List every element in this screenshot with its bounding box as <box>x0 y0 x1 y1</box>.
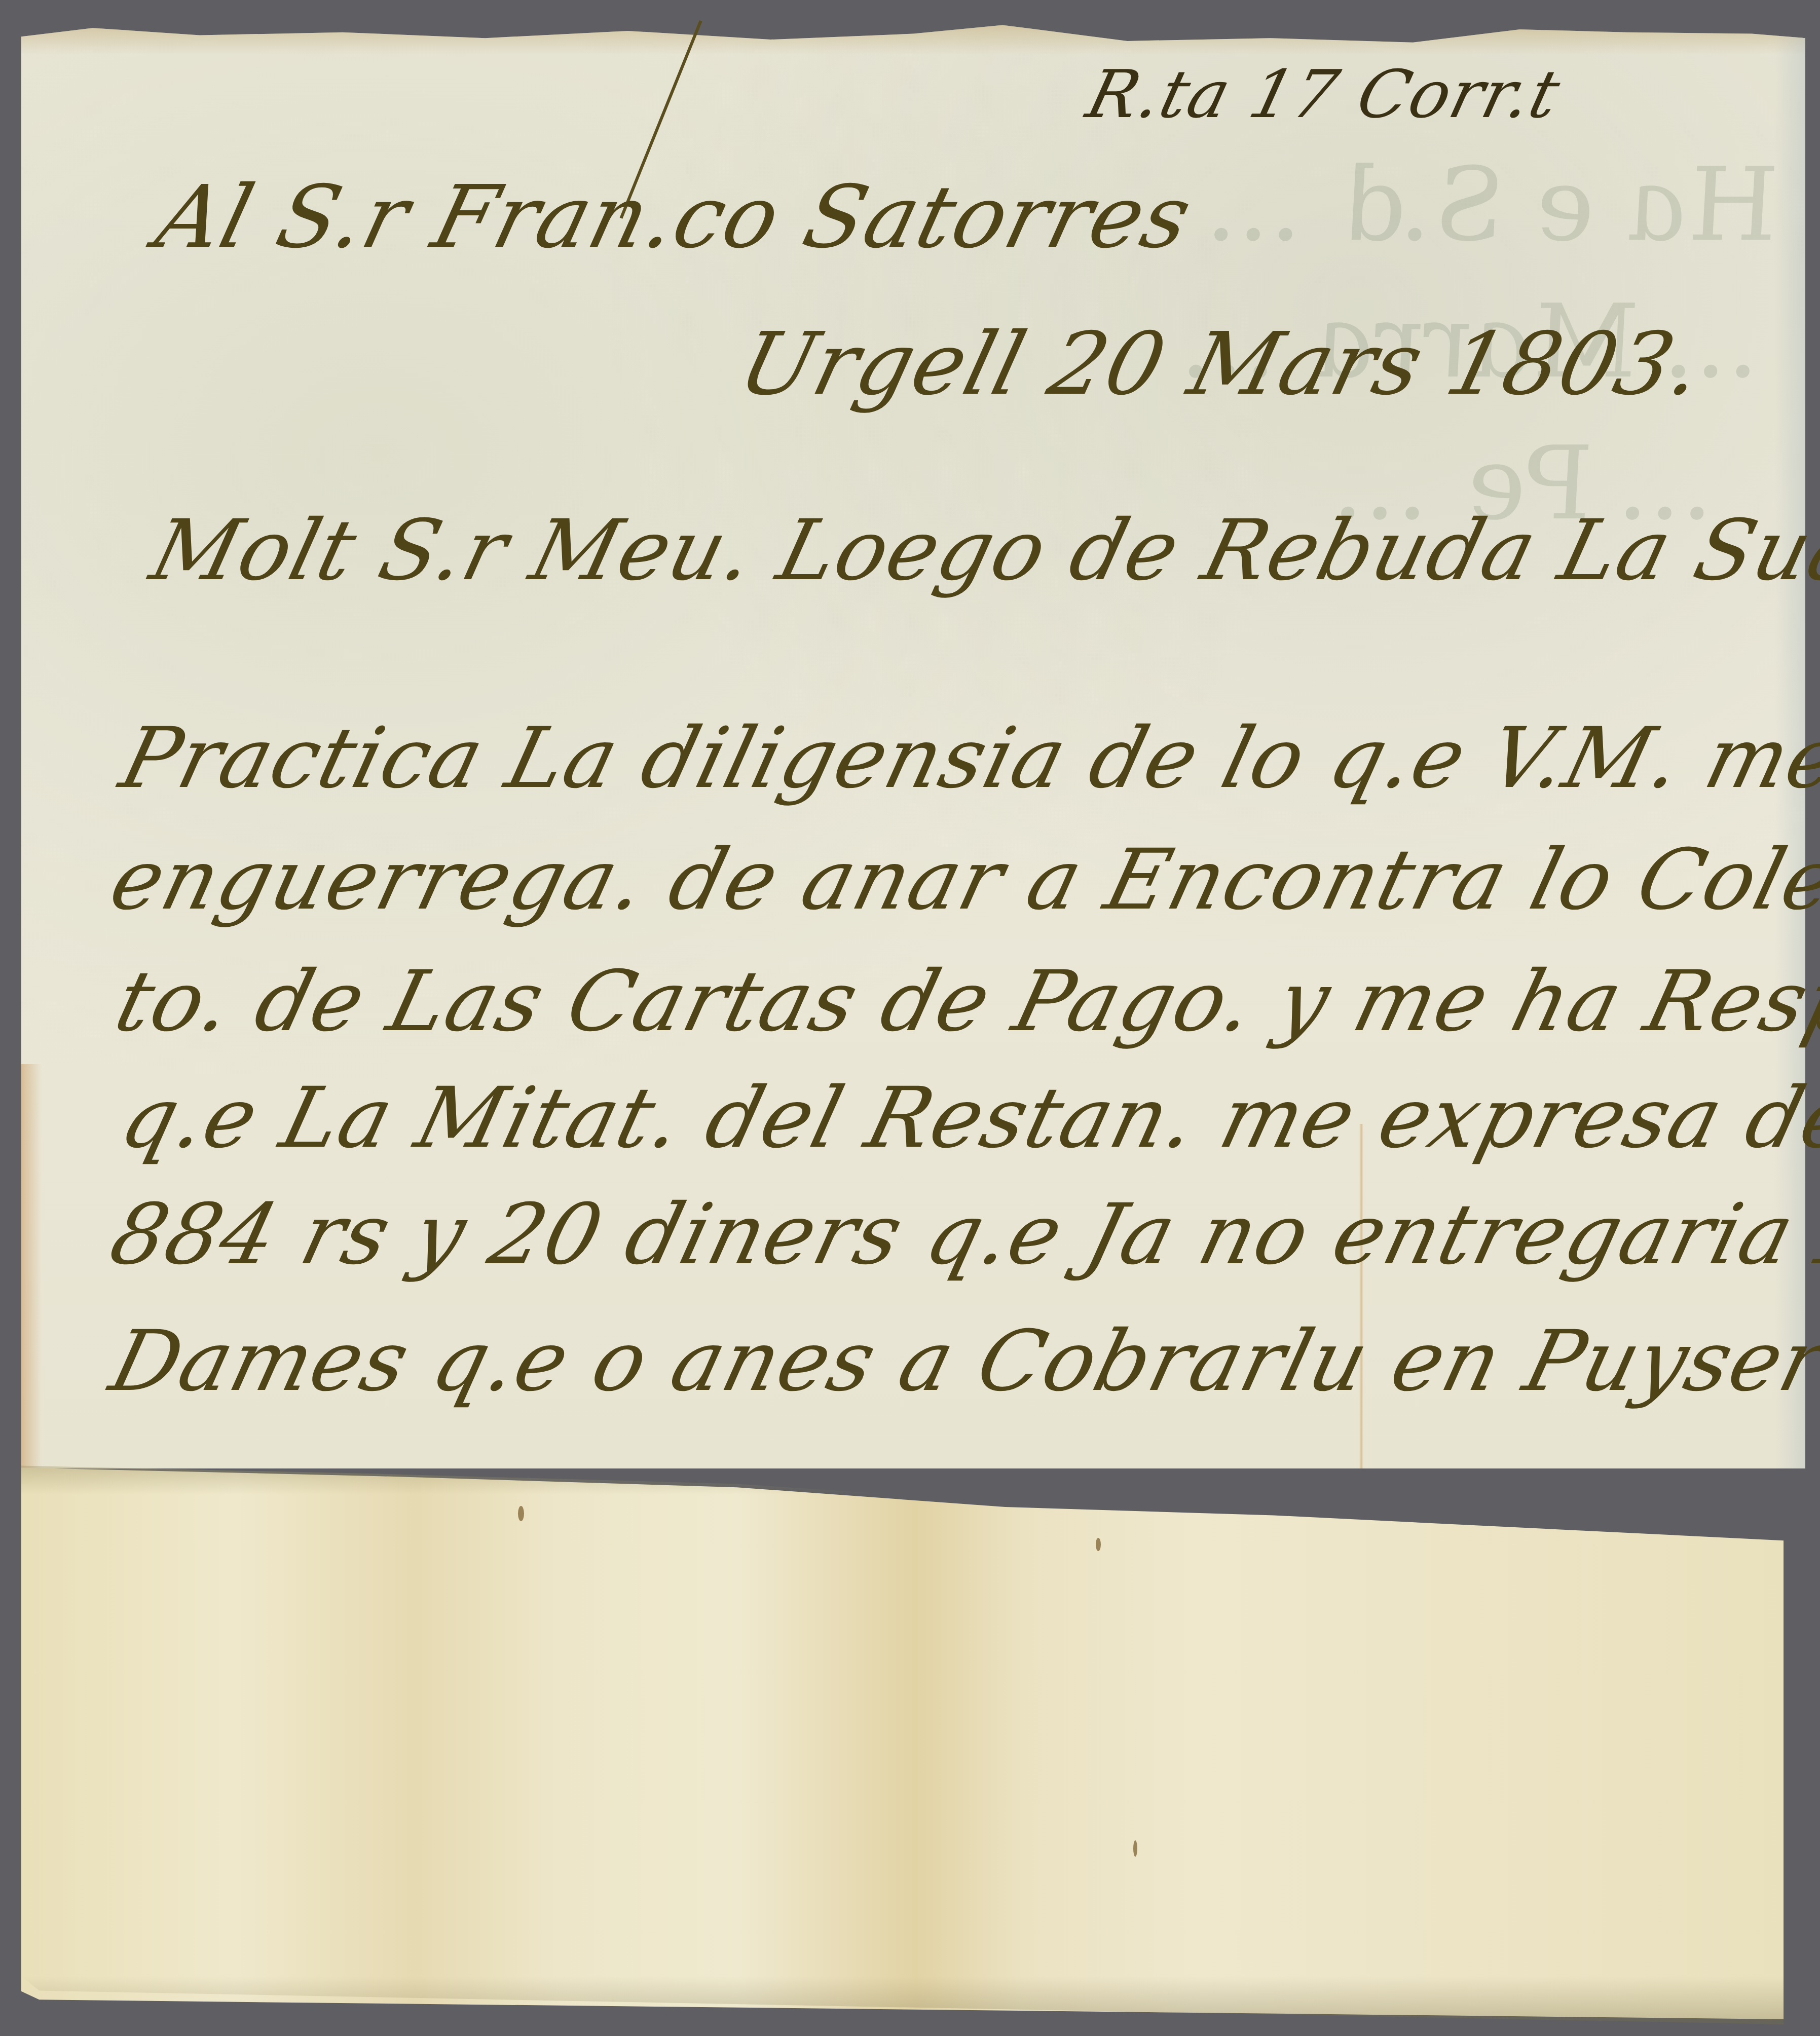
body-line: Dames q.e o anes a Cobrarlu en Puyserda. <box>101 1312 1820 1410</box>
ink-spot <box>518 1506 524 1521</box>
body-line: enguerrega. de anar a Encontra lo Colec. <box>101 831 1820 928</box>
body-line: to. de Las Cartas de Pago. y me ha Respo… <box>106 953 1820 1050</box>
ink-spot <box>1096 1538 1101 1551</box>
folded-flap <box>21 1459 1810 2019</box>
body-line: Molt S.r Meu. Loego de Rebuda La Sua. <box>142 502 1820 599</box>
top-right-annotation: R.ta 17 Corr.t <box>1080 56 1568 133</box>
body-line: 884 rs y 20 diners q.e Ja no entregaria … <box>101 1186 1820 1283</box>
addressee-line: Al S.r Fran.co Satorres <box>147 167 1202 268</box>
bleedthrough-text: Ha e S.d ... <box>1198 146 1792 264</box>
edge-stain <box>21 1064 42 1480</box>
place-and-date: Urgell 20 Mars 1803. <box>730 314 1714 414</box>
ink-spot <box>1133 1840 1137 1857</box>
body-line: Practica La diligensia de lo q.e V.M. me <box>112 709 1820 807</box>
vertical-fold-line <box>1359 1124 1363 1468</box>
body-line: q.e La Mitat. del Restan. me expresa de <box>112 1069 1820 1166</box>
